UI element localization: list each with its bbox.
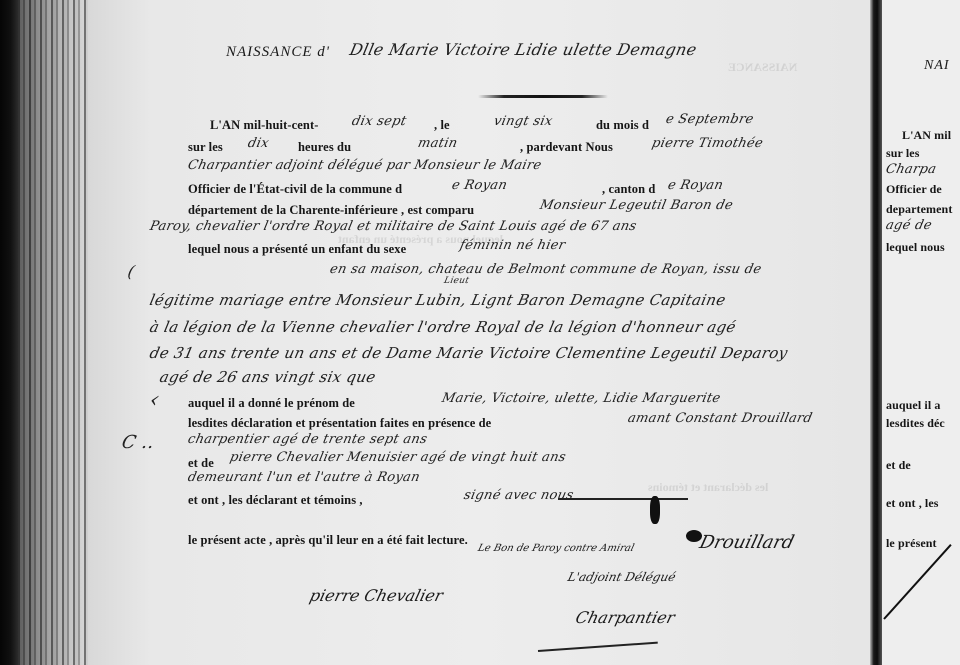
printed-heures: heures du xyxy=(298,140,351,155)
handwritten-witness-1: amant Constant Drouillard xyxy=(626,411,813,426)
printed-month-label: du mois d xyxy=(596,118,649,133)
handwritten-declarant: Monsieur Legeutil Baron de xyxy=(538,198,734,213)
closing-line xyxy=(558,498,688,500)
printed-lequel: lequel nous a présenté un enfant du sexe xyxy=(188,242,406,257)
signature-officer-title: L'adjoint Délégué xyxy=(566,570,677,584)
facing-line: le présent xyxy=(886,536,937,551)
printed-prenom: auquel il a donné le prénom de xyxy=(188,396,355,411)
record-title-handwritten: Dlle Marie Victoire Lidie ulette Demagne xyxy=(348,40,699,59)
printed-declaration: lesdites déclaration et présentation fai… xyxy=(188,416,491,431)
handwritten-year: dix sept xyxy=(350,114,407,129)
printed-officier: Officier de l'État-civil de la commune d xyxy=(188,182,402,197)
book-spine xyxy=(0,0,18,665)
signature-flourish xyxy=(538,642,658,652)
facing-line: Charpa xyxy=(884,162,937,177)
facing-line: sur les xyxy=(886,146,919,161)
cancel-stroke xyxy=(883,544,951,620)
printed-le: , le xyxy=(434,118,450,133)
handwritten-day: vingt six xyxy=(492,114,554,129)
handwritten-father: légitime mariage entre Monsieur Lubin, L… xyxy=(148,291,727,309)
bracket-mark: ‹ xyxy=(147,388,161,413)
printed-departement: département de la Charente-inférieure , … xyxy=(188,203,474,218)
handwritten-witness-1-occupation: charpentier agé de trente sept ans xyxy=(186,432,428,447)
signature-witness-2: pierre Chevalier xyxy=(308,586,445,605)
printed-et-ont: et ont , les déclarant et témoins , xyxy=(188,493,363,508)
printed-lecture: le présent acte , après qu'il leur en a … xyxy=(188,533,468,548)
handwritten-month: e Septembre xyxy=(664,112,755,127)
printed-et-de: et de xyxy=(188,456,214,471)
handwritten-canton: e Royan xyxy=(666,178,724,193)
facing-line: L'AN mil xyxy=(902,128,951,143)
handwritten-commune: e Royan xyxy=(450,178,508,193)
ink-blot xyxy=(650,496,660,524)
title-divider xyxy=(478,95,608,98)
signature-declarant: Le Bon de Paroy contre Amiral xyxy=(477,543,636,554)
facing-line: auquel il a xyxy=(886,398,940,413)
bleed-through-text: les déclarant et témoins xyxy=(648,480,768,495)
handwritten-father-rank: à la légion de la Vienne chevalier l'ord… xyxy=(148,318,738,336)
facing-line: et ont , les xyxy=(886,496,939,511)
facing-page: NAI L'AN mil sur les Charpa Officier de … xyxy=(882,0,960,665)
handwritten-mother-age: agé de 26 ans vingt six que xyxy=(158,368,377,386)
handwritten-mother: de 31 ans trente un ans et de Dame Marie… xyxy=(148,344,789,362)
signature-witness-1: Drouillard xyxy=(697,532,796,553)
handwritten-declarant-title: Paroy, chevalier l'ordre Royal et milita… xyxy=(148,219,638,234)
facing-line: lesdites déc xyxy=(886,416,945,431)
handwritten-officer-title: Charpantier adjoint délégué par Monsieur… xyxy=(186,158,543,173)
margin-mark: C .. xyxy=(120,432,157,453)
facing-line: agé de xyxy=(884,218,933,233)
handwritten-birthplace: en sa maison, chateau de Belmont commune… xyxy=(328,262,763,277)
bleed-through-text: NAISSANCE xyxy=(728,60,797,75)
bracket-mark: ( xyxy=(126,262,137,281)
page-gutter xyxy=(870,0,882,665)
handwritten-given-names: Marie, Victoire, ulette, Lidie Marguerit… xyxy=(440,391,722,406)
facing-line: Officier de xyxy=(886,182,942,197)
printed-sur-les: sur les xyxy=(188,140,223,155)
handwritten-insertion: Lieut xyxy=(443,276,470,286)
printed-pardevant: , pardevant Nous xyxy=(520,140,613,155)
signature-officer: Charpantier xyxy=(574,608,677,627)
handwritten-witness-2: pierre Chevalier Menuisier agé de vingt … xyxy=(228,450,567,465)
facing-line: departement xyxy=(886,202,952,217)
facing-line: lequel nous xyxy=(886,240,945,255)
handwritten-officer-name: pierre Timothée xyxy=(650,136,764,151)
page-binding-edge xyxy=(18,0,88,665)
birth-record-page: NAISSANCE lequel nous a présenté un enfa… xyxy=(88,0,870,665)
facing-line: et de xyxy=(886,458,911,473)
facing-title: NAI xyxy=(924,58,950,74)
handwritten-time: matin xyxy=(416,136,459,151)
printed-canton: , canton d xyxy=(602,182,655,197)
record-title-printed: NAISSANCE d' xyxy=(226,44,330,61)
printed-year-label: L'AN mil-huit-cent- xyxy=(210,118,319,133)
handwritten-sex: féminin né hier xyxy=(458,238,566,253)
handwritten-signed: signé avec nous xyxy=(462,488,574,503)
handwritten-residence: demeurant l'un et l'autre à Royan xyxy=(186,470,421,485)
handwritten-hour: dix xyxy=(246,136,270,151)
